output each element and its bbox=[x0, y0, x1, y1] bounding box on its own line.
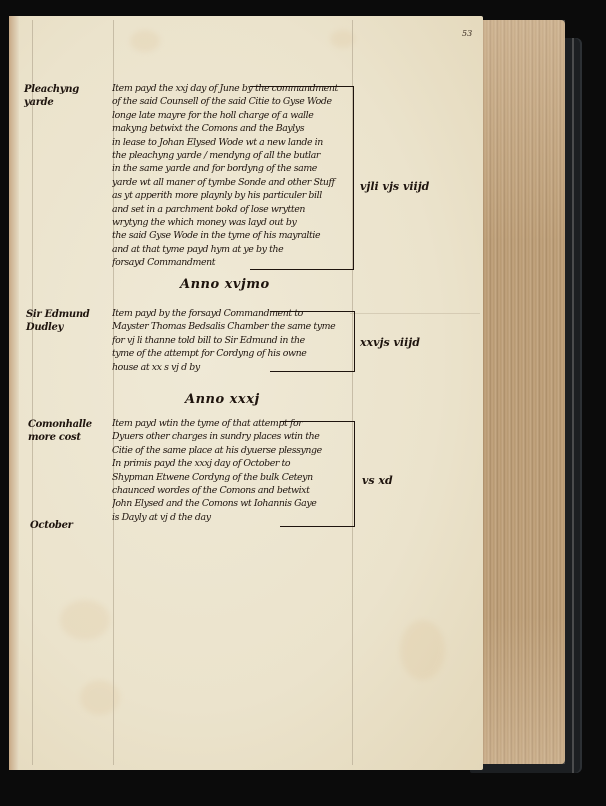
ruling-line bbox=[350, 313, 480, 314]
entry-sum: xxvjs viijd bbox=[360, 336, 420, 349]
folio-number: 53 bbox=[462, 29, 472, 38]
year-heading: Anno xvjmo bbox=[180, 277, 270, 292]
margin-label: Sir Edmund Dudley bbox=[26, 308, 106, 334]
page-edges-shade bbox=[480, 20, 565, 764]
cover-edge bbox=[572, 38, 574, 773]
ruling-line bbox=[32, 20, 33, 765]
entry-bracket bbox=[280, 421, 355, 527]
entry-sum: vjli vjs viijd bbox=[360, 180, 429, 193]
page-gutter bbox=[9, 16, 19, 770]
stain bbox=[400, 620, 445, 680]
stain bbox=[130, 30, 160, 52]
margin-label-month: October bbox=[30, 519, 73, 532]
entry-bracket bbox=[270, 311, 355, 372]
year-heading: Anno xxxj bbox=[185, 392, 260, 407]
margin-label: Pleachyng yarde bbox=[24, 83, 94, 109]
stain bbox=[80, 680, 120, 715]
stain bbox=[60, 600, 110, 640]
entry-bracket bbox=[250, 86, 354, 270]
margin-label: Comonhalle more cost bbox=[28, 418, 110, 444]
entry-sum: vs xd bbox=[362, 474, 393, 487]
